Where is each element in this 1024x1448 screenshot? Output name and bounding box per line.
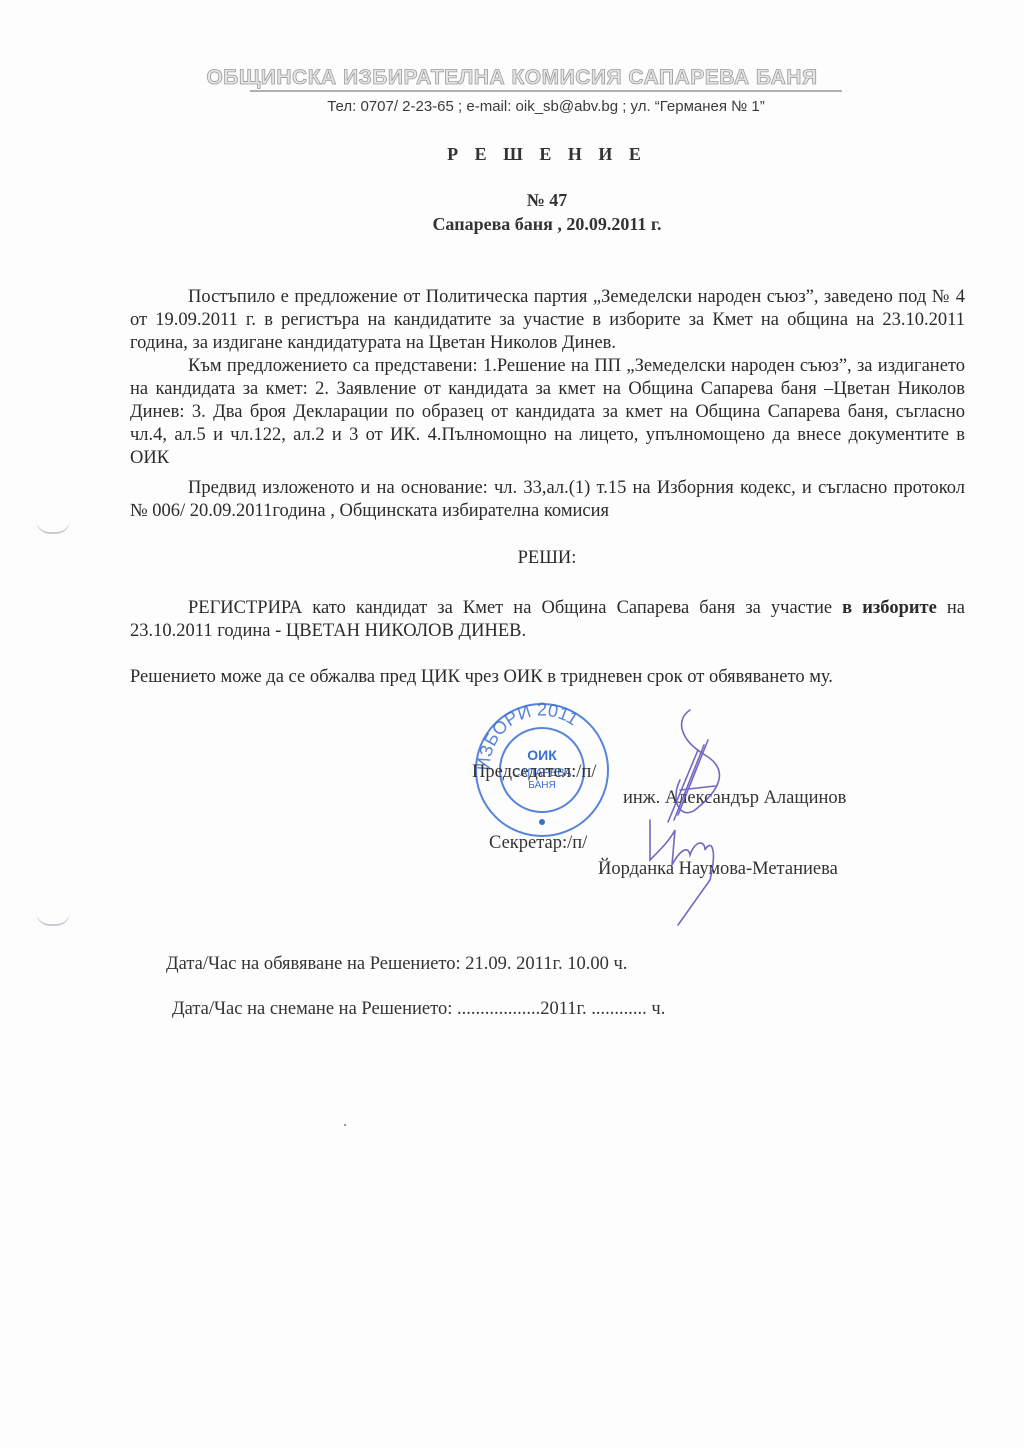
- decision-number: № 47: [0, 190, 1024, 211]
- paragraph-proposal: Постъпило е предложение от Политическа п…: [130, 286, 965, 355]
- place-date: Сапарева баня , 20.09.2011 г.: [0, 214, 1024, 235]
- scan-speck: [344, 1124, 346, 1126]
- removal-datetime: Дата/Час на снемане на Решението: ......…: [172, 999, 665, 1020]
- paragraph-documents: Към предложението са представени: 1.Реше…: [130, 355, 965, 470]
- punch-hole-mark: [36, 912, 70, 926]
- letterhead-rule: [250, 90, 842, 92]
- chair-label: Председател:/п/: [472, 762, 596, 783]
- letterhead-organization: ОБЩИНСКА ИЗБИРАТЕЛНА КОМИСИЯ САПАРЕВА БА…: [0, 66, 1024, 90]
- appeal-notice: Решението може да се обжалва пред ЦИК чр…: [130, 666, 965, 689]
- punch-hole-mark: [36, 520, 70, 534]
- paragraph-registration: РЕГИСТРИРА като кандидат за Кмет на Общи…: [130, 597, 965, 643]
- announcement-datetime: Дата/Час на обявяване на Решението: 21.0…: [166, 954, 627, 975]
- secretary-label: Секретар:/п/: [489, 833, 587, 854]
- letterhead-contact: Тел: 0707/ 2-23-65 ; e-mail: oik_sb@abv.…: [0, 98, 1024, 115]
- decides-heading: РЕШИ:: [0, 548, 1024, 569]
- document-title: Р Е Ш Е Н И Е: [0, 144, 1024, 165]
- handwritten-signatures: [620, 700, 740, 930]
- stamp-center-line1: ОИК: [527, 747, 557, 763]
- paragraph-basis: Предвид изложеното и на основание: чл. 3…: [130, 477, 965, 523]
